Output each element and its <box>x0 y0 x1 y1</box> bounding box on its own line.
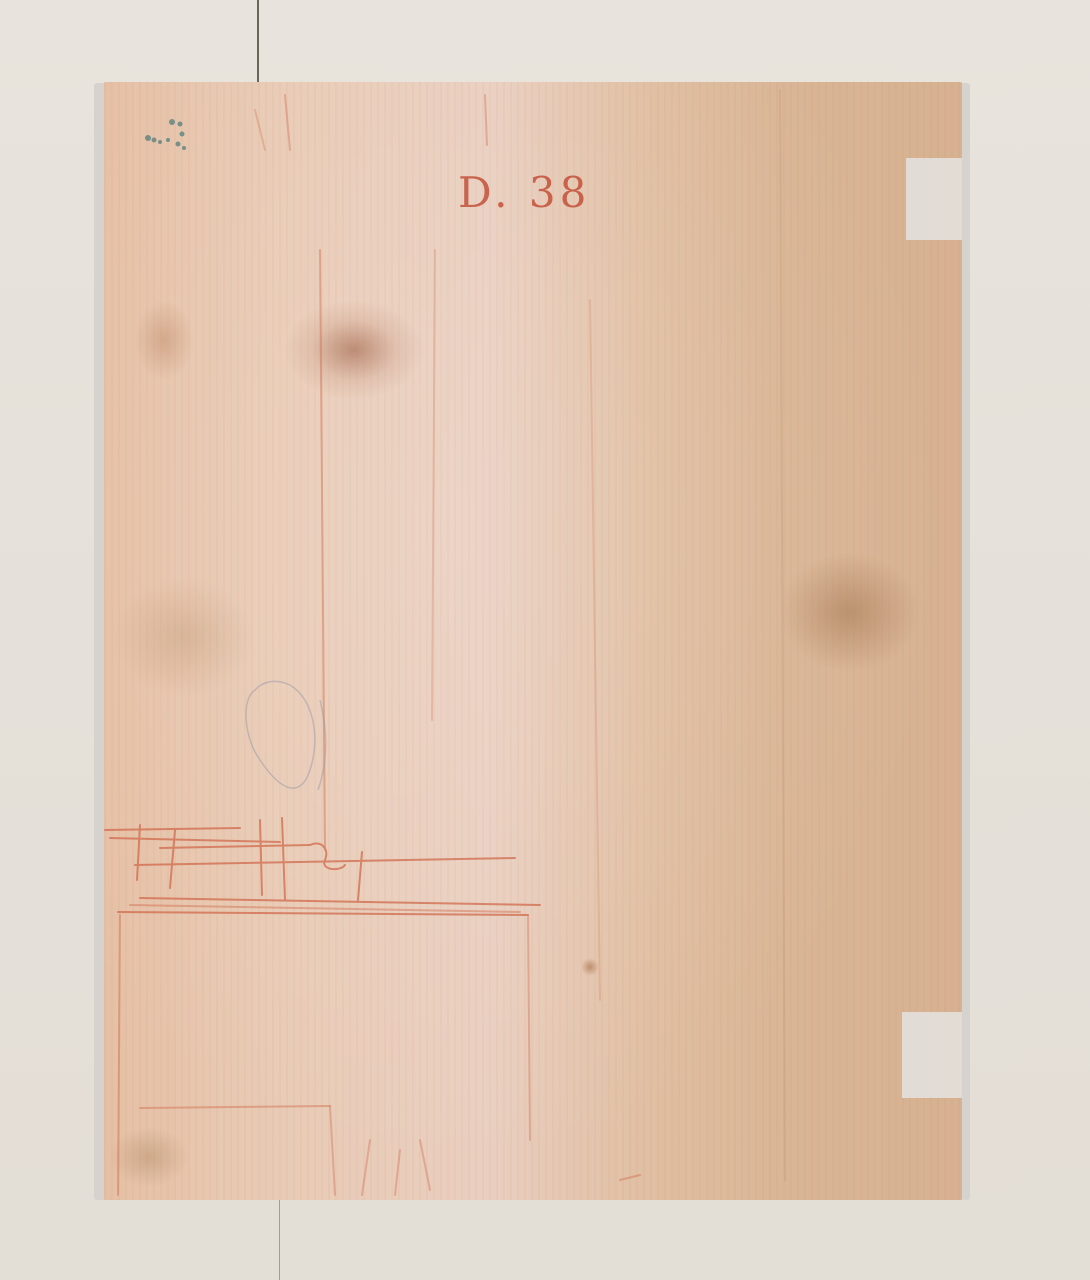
drawing-sheet <box>104 82 962 1200</box>
collector-stamp-icon <box>134 110 192 154</box>
paper-hinge-top <box>906 158 962 240</box>
mount-seam-top <box>257 0 259 84</box>
chalk-inscription: D. 38 <box>458 168 590 217</box>
paper-hinge-bottom <box>902 1012 962 1098</box>
mount-seam-bottom <box>279 1200 280 1280</box>
